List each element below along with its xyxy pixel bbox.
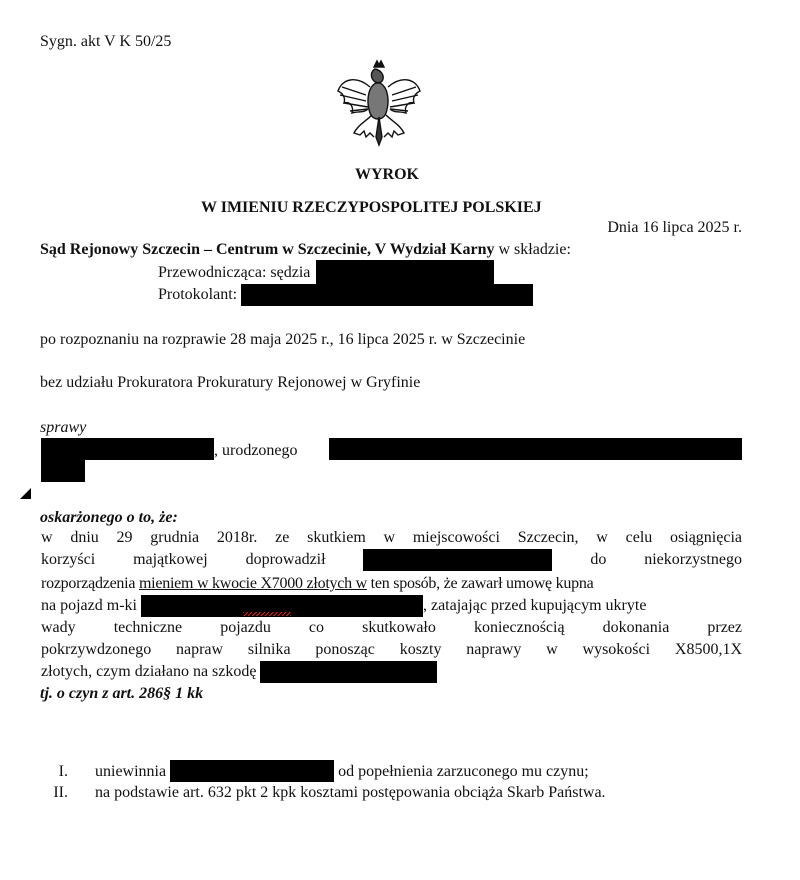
polish-eagle-emblem-icon (336, 57, 422, 157)
redacted-judge-name (316, 260, 494, 284)
presiding-judge-line: Przewodnicząca: sędzia (158, 263, 494, 284)
charge-word: korzyści (41, 550, 95, 571)
redacted-victim-name (363, 549, 552, 571)
charge-word: doprowadził (246, 550, 326, 571)
legal-basis: tj. o czyn z art. 286§ 1 kk (40, 684, 203, 704)
redacted-clerk-name (241, 284, 533, 306)
charge-word: do (590, 550, 606, 571)
verdict-text: na podstawie art. 632 pkt 2 kpk kosztami… (95, 783, 606, 803)
document-subtitle: W IMIENIU RZECZYPOSPOLITEJ POLSKIEJ (201, 198, 542, 218)
case-label: sprawy (40, 418, 86, 438)
presiding-label: Przewodnicząca: sędzia (158, 264, 310, 281)
clerk-label: Protokolant: (158, 286, 237, 303)
court-name: Sąd Rejonowy Szczecin – Centrum w Szczec… (40, 241, 494, 258)
hearing-line: po rozpoznaniu na rozprawie 28 maja 2025… (40, 330, 525, 350)
born-label: , urodzonego (214, 441, 298, 461)
charge-line-4: na pojazd m-ki , zatajając przed kupując… (41, 596, 646, 617)
verdict-text: uniewinnia od popełnienia zarzuconego mu… (95, 762, 589, 782)
charged-label: oskarżonego o to, że: (40, 508, 178, 528)
charge-text: ten sposób, że zawarł umowę kupna (367, 575, 594, 592)
court-line: Sąd Rejonowy Szczecin – Centrum w Szczec… (40, 240, 571, 260)
clerk-line: Protokolant: (158, 285, 533, 306)
court-suffix: w składzie: (494, 241, 570, 258)
redacted-birth-details (329, 438, 742, 460)
charge-line-7: złotych, czym działano na szkodę (41, 662, 437, 683)
charge-text: , zatajając przed kupującym ukryte (423, 597, 646, 614)
spellcheck-underline (243, 612, 291, 616)
redacted-acquitted-name (170, 760, 334, 782)
charge-text: na pojazd m-ki (41, 597, 137, 614)
charge-line-6: pokrzywdzonego napraw silnika ponosząc k… (41, 640, 742, 660)
charge-word: majątkowej (133, 550, 208, 571)
verdict-number: I. (38, 762, 68, 782)
verdict-post: od popełnienia zarzuconego mu czynu; (338, 763, 589, 780)
charge-text: rozporządzenia (41, 575, 139, 592)
charge-line-2: korzyści majątkowej doprowadził do nieko… (41, 550, 742, 571)
verdict-pre: uniewinnia (95, 763, 166, 780)
verdict-date: Dnia 16 lipca 2025 r. (607, 218, 742, 238)
verdict-number: II. (38, 783, 68, 803)
charge-amount: mieniem w kwocie X7000 złotych w (139, 575, 367, 592)
charge-line-5: wady techniczne pojazdu co skutkowało ko… (41, 618, 742, 638)
case-signature: Sygn. akt V K 50/25 (40, 32, 171, 52)
redacted-defendant-name (41, 438, 214, 460)
charge-line-3: rozporządzenia mieniem w kwocie X7000 zł… (41, 574, 742, 594)
charge-word: niekorzystnego (644, 550, 742, 571)
prosecutor-line: bez udziału Prokuratora Prokuratury Rejo… (40, 373, 420, 393)
document-title: WYROK (355, 165, 419, 185)
redacted-defendant-name-cont (41, 460, 85, 482)
charge-text: złotych, czym działano na szkodę (41, 663, 256, 680)
redacted-injured-party (260, 661, 437, 683)
section-marker-icon (20, 488, 31, 499)
charge-line-1: w dniu 29 grudnia 2018r. ze skutkiem w m… (41, 528, 742, 548)
